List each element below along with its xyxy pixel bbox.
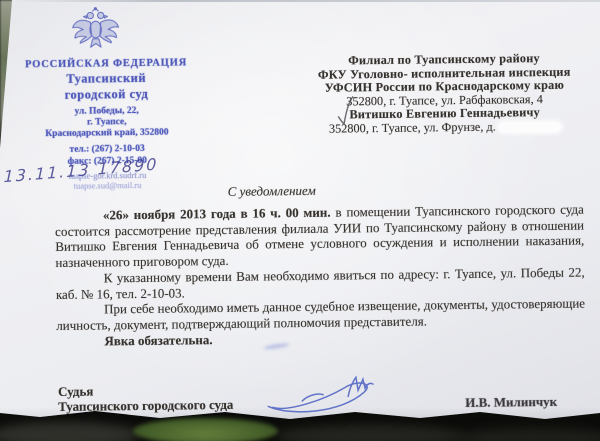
paragraph-hearing: «26» ноября 2013 года в 16 ч. 00 мин. в … [55, 202, 585, 271]
document-content: РОССИЙСКАЯ ФЕДЕРАЦИЯ Туапсинский городск… [0, 0, 600, 441]
judge-name: И.В. Милинчук [465, 394, 557, 411]
judge-title-line2: Туапсинского городского суда [58, 397, 233, 414]
delivery-note: С уведомлением [228, 183, 316, 200]
stamp-court-name-line2: городской суд [8, 86, 204, 102]
handwritten-checkmark-icon [336, 93, 354, 129]
russia-coat-of-arms-icon [69, 6, 122, 51]
stamp-court-name-line1: Туапсинский [8, 70, 204, 86]
summons-body: «26» ноября 2013 года в 16 ч. 00 мин. в … [55, 202, 586, 350]
photographed-court-summons: РОССИЙСКАЯ ФЕДЕРАЦИЯ Туапсинский городск… [0, 0, 600, 441]
stamp-country: РОССИЙСКАЯ ФЕДЕРАЦИЯ [8, 57, 204, 70]
redacted-house-number [499, 122, 561, 133]
judge-title: Судья Туапсинского городского суда [58, 383, 233, 414]
judge-signature-scribble [260, 373, 397, 421]
stamp-region: Краснодарский край, 352800 [9, 127, 205, 140]
